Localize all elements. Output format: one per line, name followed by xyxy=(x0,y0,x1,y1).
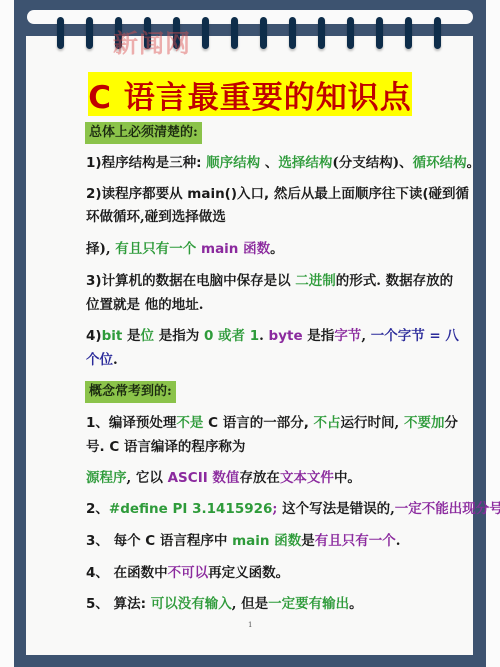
text-segment: 择), xyxy=(86,241,115,257)
text-segment: 、 xyxy=(260,155,278,171)
text-line: 个位. xyxy=(86,351,426,369)
text-segment: 号. C 语言编译的程序称为 xyxy=(86,439,245,455)
text-line: 3、 每个 C 语言程序中 main 函数是有且只有一个. xyxy=(86,532,426,550)
text-segment: 可以没有输入 xyxy=(151,596,232,612)
text-line: 4、 在函数中不可以再定义函数。 xyxy=(86,564,426,582)
text-segment: 顺序结构 xyxy=(206,155,260,171)
text-segment: 存放在 xyxy=(239,470,280,486)
text-segment: 个位 xyxy=(86,352,113,368)
text-segment: , 但是 xyxy=(232,596,268,612)
text-line: 2、#define PI 3.1415926; 这个写法是错误的,一定不能出现分… xyxy=(86,500,426,518)
section-label-concepts: 概念常考到的: xyxy=(85,381,176,403)
text-segment: 有且只有一个 xyxy=(115,241,196,257)
text-segment: 3、 每个 C 语言程序中 xyxy=(86,533,232,549)
text-line: 号. C 语言编译的程序称为 xyxy=(86,438,426,456)
text-segment: 是指 xyxy=(303,328,335,344)
text-segment: 二进制 xyxy=(295,273,336,289)
text-line: 2)读程序都要从 main()入口, 然后从最上面顺序往下读(碰到循 xyxy=(86,185,426,203)
text-segment: 5、 算法: xyxy=(86,596,151,612)
text-segment: 文本文件 xyxy=(280,470,334,486)
text-segment: main 函数 xyxy=(232,533,301,549)
text-segment: 分 xyxy=(444,415,458,431)
text-line: 3)计算机的数据在电脑中保存是以 二进制的形式. 数据存放的 xyxy=(86,272,426,290)
text-segment: 不要加 xyxy=(404,415,445,431)
text-segment: bit xyxy=(102,328,123,344)
text-segment: 0 或者 1 xyxy=(204,328,259,344)
text-segment: 。 xyxy=(349,596,363,612)
text-segment: 1、编译预处理 xyxy=(86,415,176,431)
text-segment: 。 xyxy=(270,241,284,257)
text-segment: 运行时间, xyxy=(341,415,404,431)
text-segment: 环做循环,碰到选择做选 xyxy=(86,209,226,225)
text-segment: 不可以 xyxy=(168,565,209,581)
text-segment: ASCII 数值 xyxy=(168,470,240,486)
text-segment: 不是 xyxy=(176,415,203,431)
text-segment: . xyxy=(113,352,118,368)
text-segment: byte xyxy=(269,328,303,344)
text-segment: 不占 xyxy=(314,415,341,431)
text-segment: 是指为 xyxy=(154,328,204,344)
text-segment: 。 xyxy=(467,155,481,171)
text-segment: 位置就是 他的地址. xyxy=(86,297,203,313)
page-title: C 语言最重要的知识点 xyxy=(88,72,412,116)
text-segment: 1)程序结构是三种: xyxy=(86,155,206,171)
text-line: 择), 有且只有一个 main 函数。 xyxy=(86,240,426,258)
text-segment: 3)计算机的数据在电脑中保存是以 xyxy=(86,273,295,289)
section-label-general: 总体上必须清楚的: xyxy=(85,122,202,144)
text-segment: 2)读程序都要从 main()入口, 然后从最上面顺序往下读(碰到循 xyxy=(86,186,469,202)
text-segment: 循环结构 xyxy=(413,155,467,171)
text-segment: 一个字节 = 八 xyxy=(371,328,459,344)
text-segment: . xyxy=(259,328,268,344)
page-number: 1 xyxy=(248,621,252,629)
text-line: 5、 算法: 可以没有输入, 但是一定要有输出。 xyxy=(86,595,426,613)
text-segment: 是 xyxy=(122,328,140,344)
text-segment: 位 xyxy=(141,328,155,344)
text-segment: , 它以 xyxy=(127,470,168,486)
binder-bar xyxy=(27,10,473,24)
text-segment: 再定义函数。 xyxy=(208,565,289,581)
text-segment: 一定不能出现分号。 xyxy=(395,501,500,517)
text-segment: (分支结构)、 xyxy=(332,155,412,171)
text-segment: 源程序 xyxy=(86,470,127,486)
text-segment: 中。 xyxy=(334,470,361,486)
watermark: 新闻网 xyxy=(113,24,191,60)
text-segment: ; xyxy=(272,501,282,517)
text-segment: , xyxy=(361,328,370,344)
text-segment: 2、 xyxy=(86,501,109,517)
text-segment: 字节 xyxy=(334,328,361,344)
text-line: 1、编译预处理不是 C 语言的一部分, 不占运行时间, 不要加分 xyxy=(86,414,426,432)
text-segment: 一定要有输出 xyxy=(268,596,349,612)
text-segment: main 函数 xyxy=(196,241,270,257)
text-line: 4)bit 是位 是指为 0 或者 1. byte 是指字节, 一个字节 = 八 xyxy=(86,327,426,345)
text-segment: . xyxy=(396,533,401,549)
text-segment: 4) xyxy=(86,328,102,344)
text-segment: 这个写法是错误的, xyxy=(282,501,395,517)
text-line: 源程序, 它以 ASCII 数值存放在文本文件中。 xyxy=(86,469,426,487)
text-segment: #define PI 3.1415926 xyxy=(109,501,273,517)
text-segment: C 语言的一部分, xyxy=(203,415,313,431)
text-line: 环做循环,碰到选择做选 xyxy=(86,208,426,226)
text-line: 1)程序结构是三种: 顺序结构 、选择结构(分支结构)、循环结构。 xyxy=(86,154,426,172)
text-segment: 选择结构 xyxy=(278,155,332,171)
text-line: 位置就是 他的地址. xyxy=(86,296,426,314)
text-segment: 是 xyxy=(301,533,315,549)
text-segment: 的形式. 数据存放的 xyxy=(336,273,453,289)
text-segment: 有且只有一个 xyxy=(315,533,396,549)
text-segment: 4、 在函数中 xyxy=(86,565,168,581)
